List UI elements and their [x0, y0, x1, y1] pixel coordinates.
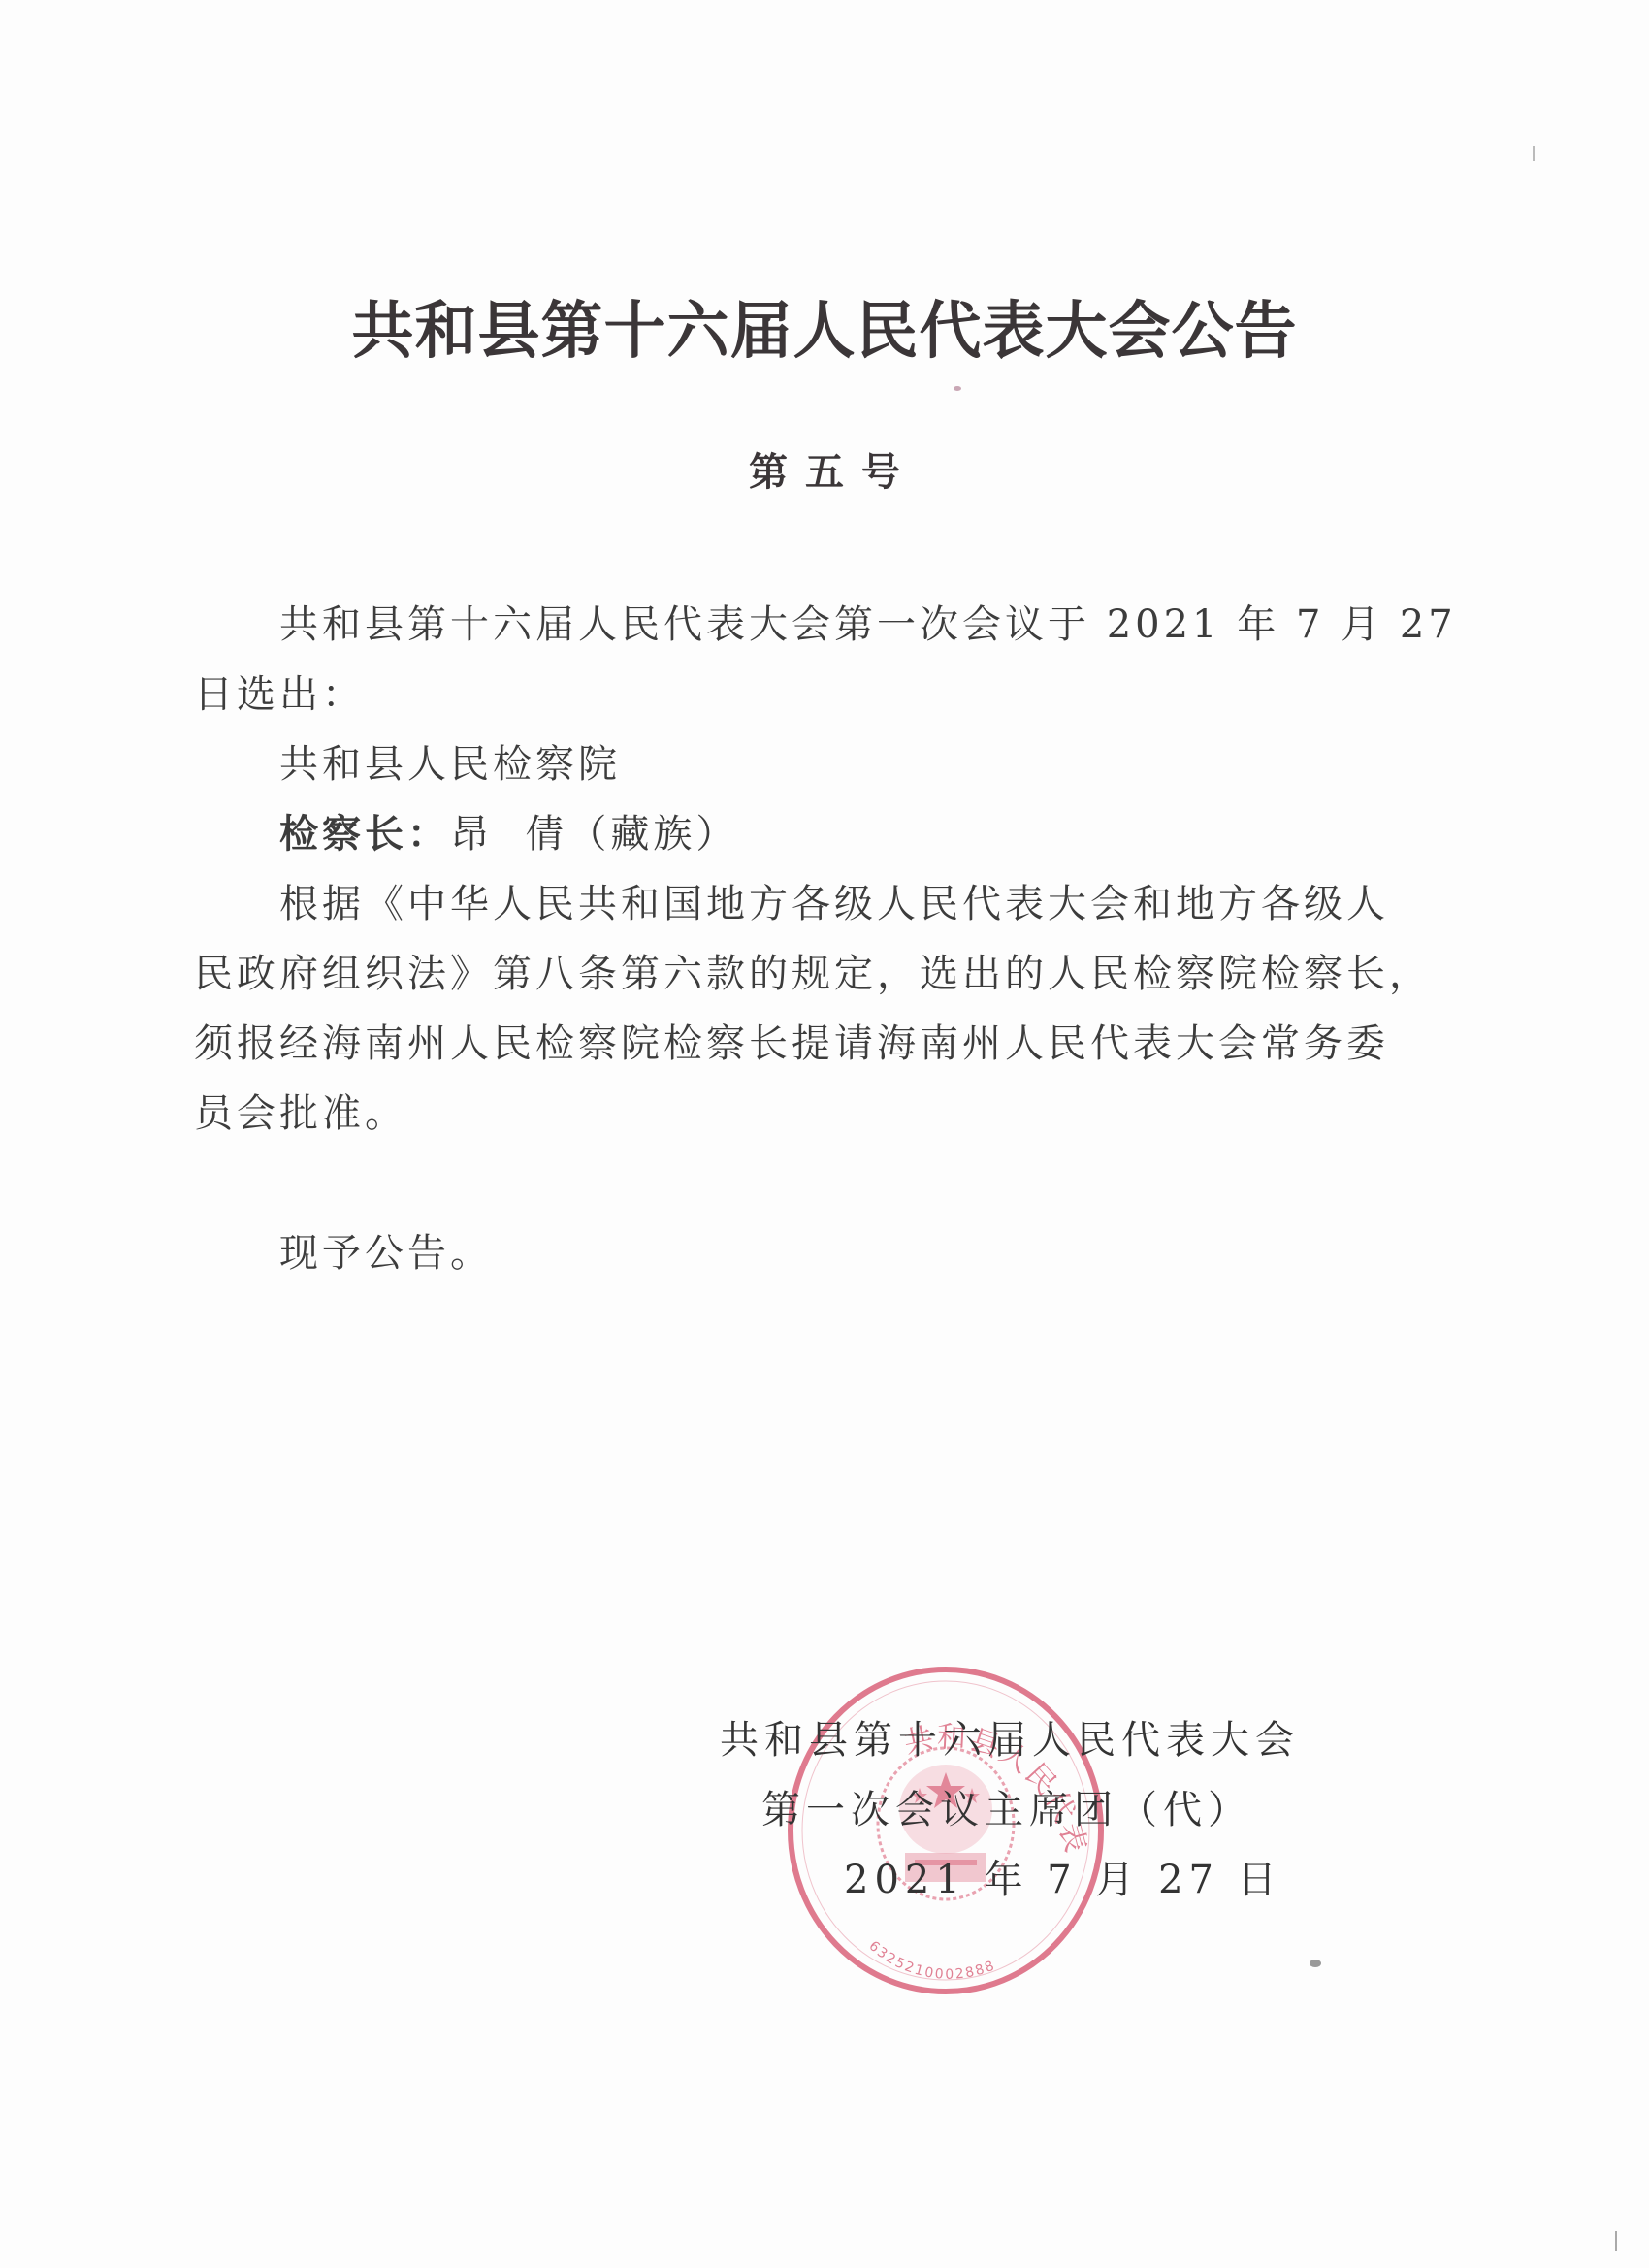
- organization-name: 共和县人民检察院: [279, 733, 621, 789]
- scan-speck: [954, 386, 961, 391]
- document-page: 共和县第十六届人民代表大会公告 第五号 共和县第十六届人民代表大会第一次会议于 …: [0, 0, 1649, 2268]
- scan-mark: [1615, 2231, 1617, 2251]
- document-title: 共和县第十六届人民代表大会公告: [0, 281, 1649, 371]
- paragraph-2-line-3: 须报经海南州人民检察院检察长提请海南州人民代表大会常务委: [194, 1013, 1389, 1068]
- scan-speck: [1309, 1960, 1321, 1967]
- appointee-name: 昂 倩（藏族）: [450, 812, 738, 857]
- document-number: 第五号: [0, 441, 1649, 497]
- paragraph-2-line-4: 员会批准。: [194, 1083, 407, 1138]
- appointment-line: 检察长：昂 倩（藏族）: [279, 803, 738, 859]
- paragraph-2-line-2: 民政府组织法》第八条第六款的规定，选出的人民检察院检察长，: [194, 943, 1432, 998]
- signature-date: 2021 年 7 月 27 日: [844, 1849, 1282, 1904]
- paragraph-1-line-1: 共和县第十六届人民代表大会第一次会议于 2021 年 7 月 27: [279, 594, 1457, 649]
- paragraph-2-line-1: 根据《中华人民共和国地方各级人民代表大会和地方各级人: [279, 873, 1389, 928]
- paragraph-1-line-2: 日选出：: [194, 664, 365, 719]
- issuer-line-1: 共和县第十六届人民代表大会: [720, 1709, 1300, 1765]
- closing-statement: 现予公告。: [279, 1222, 493, 1278]
- issuer-line-2: 第一次会议主席团（代）: [761, 1779, 1252, 1834]
- position-label: 检察长：: [279, 812, 450, 857]
- scan-mark: [1533, 146, 1535, 161]
